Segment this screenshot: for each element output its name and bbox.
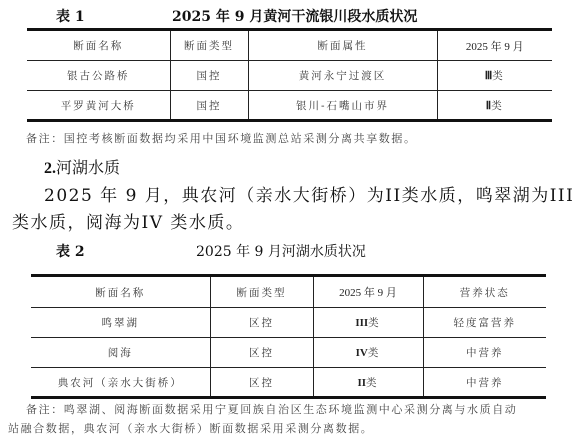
table-cell: 阅海 (31, 338, 210, 368)
table2-note-line-2: 站融合数据，典农河（亲水大街桥）断面数据采用采测分离数据。 (8, 420, 373, 436)
table-row: 平罗黄河大桥 国控 银川-石嘴山市界 Ⅱ类 (27, 91, 552, 121)
table-cell: IV类 (313, 338, 423, 368)
water-class-suffix: 类 (366, 377, 379, 389)
table-cell: 国控 (170, 91, 248, 121)
table-cell: 银古公路桥 (27, 61, 170, 91)
table1-header-cell: 断面类型 (170, 30, 248, 61)
table-cell: Ⅱ类 (437, 91, 552, 121)
paragraph-line-2: 类水质，阅海为IV 类水质。 (12, 208, 244, 233)
water-class-numeral: IV (356, 347, 368, 359)
table-cell: III类 (313, 308, 423, 338)
water-class-suffix: 类 (368, 347, 381, 359)
table1-header-cell: 断面属性 (248, 30, 437, 61)
table-row: 典农河（亲水大街桥） 区控 II类 中营养 (31, 368, 546, 398)
table-cell: 区控 (210, 368, 313, 398)
table1-header-cell: 断面名称 (27, 30, 170, 61)
table-row: 鸣翠湖 区控 III类 轻度富营养 (31, 308, 546, 338)
section-title: 河湖水质 (56, 158, 120, 177)
table-cell: 鸣翠湖 (31, 308, 210, 338)
table-cell: 典农河（亲水大街桥） (31, 368, 210, 398)
table1-header-month: 2025 年 9 月 (466, 41, 524, 53)
table2-title: 2025 年 9 月河湖水质状况 (196, 241, 366, 261)
table1-header-row: 断面名称 断面类型 断面属性 2025 年 9 月 (27, 30, 552, 61)
table-cell: 区控 (210, 308, 313, 338)
water-class-numeral: III (355, 317, 368, 329)
table-cell: 国控 (170, 61, 248, 91)
table2-header-cell: 断面名称 (31, 276, 210, 308)
section-heading: 2.河湖水质 (44, 155, 120, 178)
table-cell: Ⅲ类 (437, 61, 552, 91)
table-cell: 中营养 (423, 338, 546, 368)
table1: 断面名称 断面类型 断面属性 2025 年 9 月 银古公路桥 国控 黄河永宁过… (27, 28, 552, 122)
table-cell: 区控 (210, 338, 313, 368)
paragraph-line-1: 2025 年 9 月，典农河（亲水大街桥）为II类水质，鸣翠湖为III (44, 181, 574, 206)
water-class-suffix: 类 (491, 100, 504, 112)
table2-note-line-1: 备注：鸣翠湖、阅海断面数据采用宁夏回族自治区生态环境监测中心采测分离与水质自动 (26, 401, 517, 417)
table2-header-row: 断面名称 断面类型 2025 年 9 月 营养状态 (31, 276, 546, 308)
table1-note: 备注：国控考核断面数据均采用中国环境监测总站采测分离共享数据。 (26, 130, 417, 146)
table-cell: 黄河永宁过渡区 (248, 61, 437, 91)
table-cell: II类 (313, 368, 423, 398)
table2-header-cell: 断面类型 (210, 276, 313, 308)
table-cell: 中营养 (423, 368, 546, 398)
table-row: 阅海 区控 IV类 中营养 (31, 338, 546, 368)
table1-header-cell: 2025 年 9 月 (437, 30, 552, 61)
table-row: 银古公路桥 国控 黄河永宁过渡区 Ⅲ类 (27, 61, 552, 91)
table1-label: 表 1 (56, 6, 85, 26)
table-cell: 轻度富营养 (423, 308, 546, 338)
table2-header-cell: 营养状态 (423, 276, 546, 308)
table-cell: 银川-石嘴山市界 (248, 91, 437, 121)
table2-header-month: 2025 年 9 月 (339, 287, 397, 299)
table2-header-cell: 2025 年 9 月 (313, 276, 423, 308)
table2-label: 表 2 (56, 241, 85, 261)
water-class-suffix: 类 (368, 317, 381, 329)
section-number: 2. (44, 160, 56, 177)
water-class-suffix: 类 (492, 70, 505, 82)
water-class-numeral: II (357, 377, 366, 389)
table-cell: 平罗黄河大桥 (27, 91, 170, 121)
table2: 断面名称 断面类型 2025 年 9 月 营养状态 鸣翠湖 区控 III类 轻度… (31, 274, 546, 399)
table1-title: 2025 年 9 月黄河干流银川段水质状况 (172, 6, 417, 26)
